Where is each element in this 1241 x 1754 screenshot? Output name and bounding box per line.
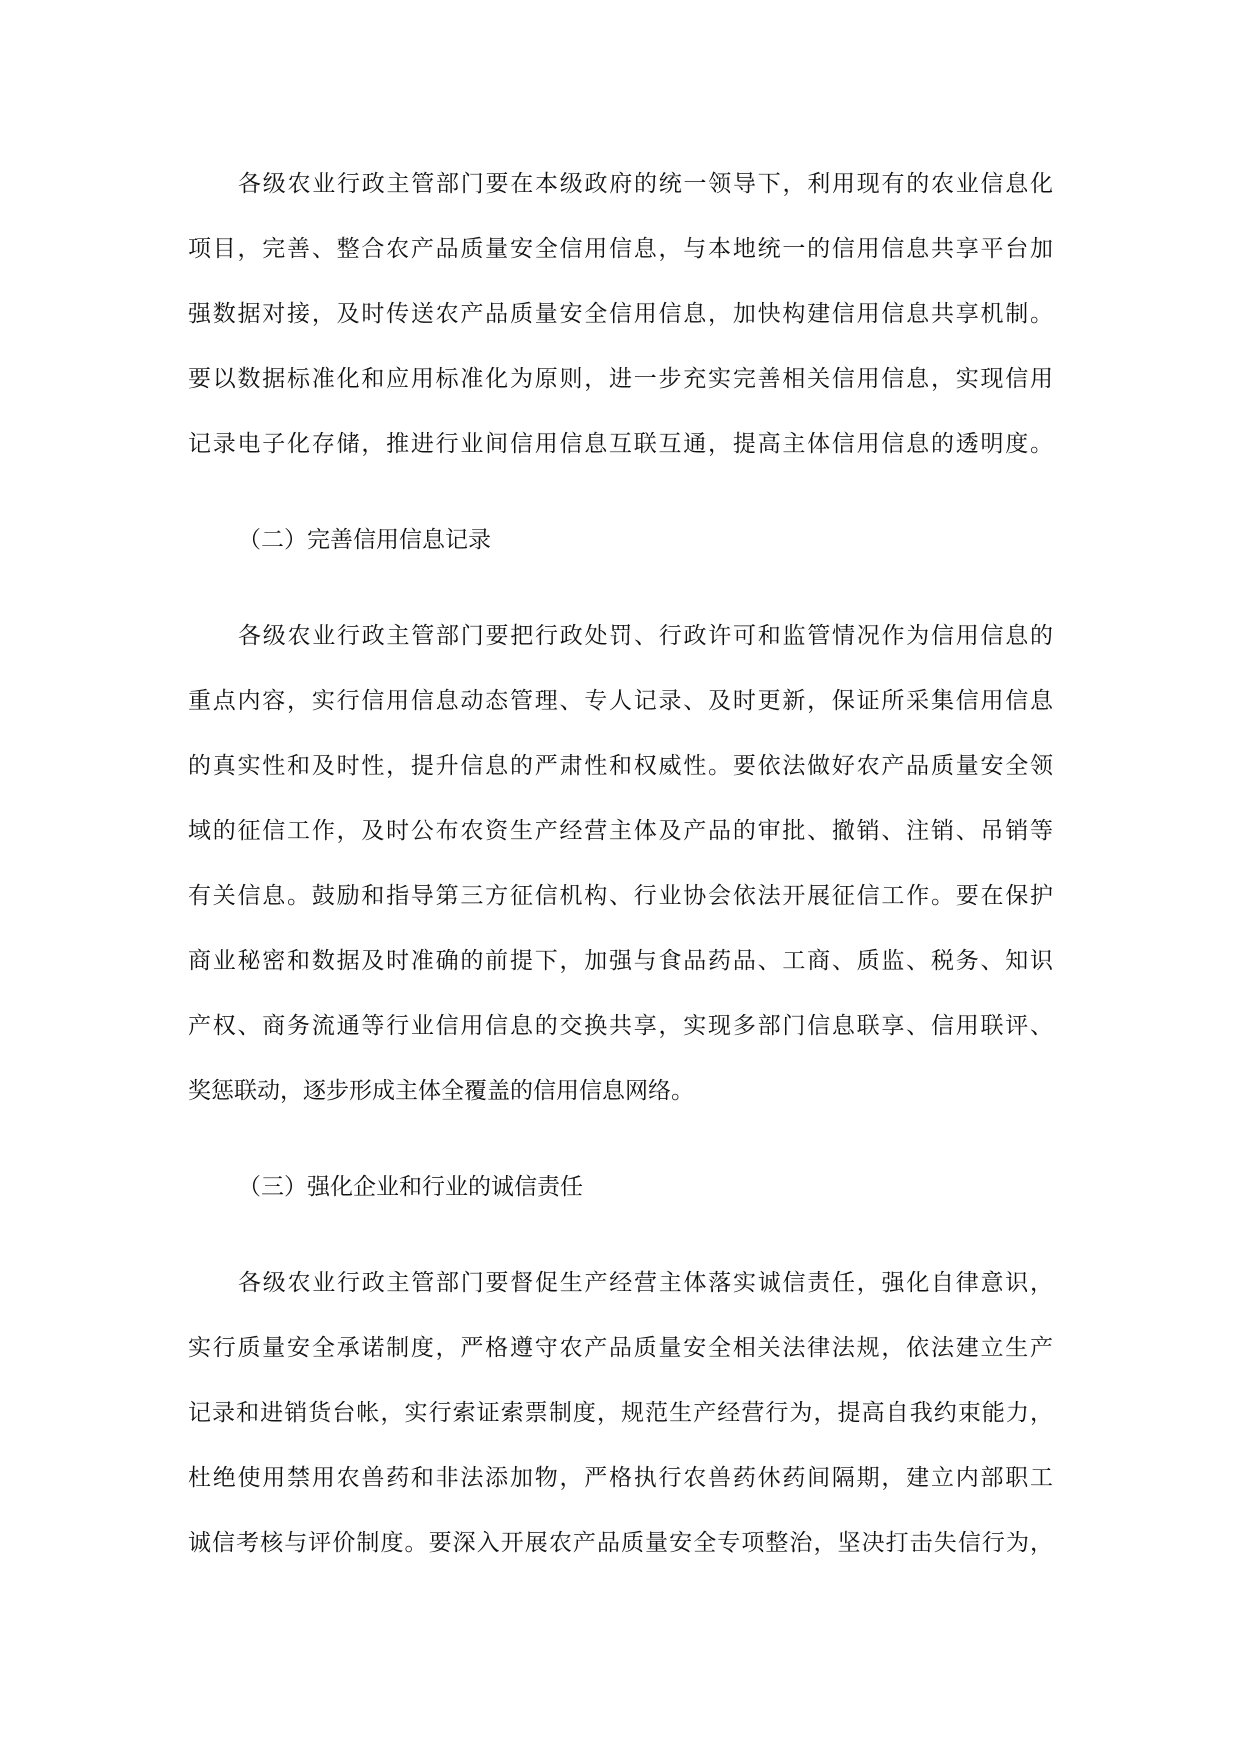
paragraph-line: 实行质量安全承诺制度，严格遵守农产品质量安全相关法律法规，依法建立生产 bbox=[188, 1316, 1053, 1381]
paragraph-line: 杜绝使用禁用农兽药和非法添加物，严格执行农兽药休药间隔期，建立内部职工 bbox=[188, 1446, 1053, 1511]
paragraph-line: 奖惩联动，逐步形成主体全覆盖的信用信息网络。 bbox=[188, 1059, 1053, 1124]
paragraph-line: 强数据对接，及时传送农产品质量安全信用信息，加快构建信用信息共享机制。 bbox=[188, 282, 1053, 347]
section-heading-3: （三）强化企业和行业的诚信责任 bbox=[188, 1155, 1053, 1220]
paragraph-line: 记录电子化存储，推进行业间信用信息互联互通，提高主体信用信息的透明度。 bbox=[188, 412, 1053, 477]
paragraph-line: 记录和进销货台帐，实行索证索票制度，规范生产经营行为，提高自我约束能力， bbox=[188, 1381, 1053, 1446]
paragraph-line: 项目，完善、整合农产品质量安全信用信息，与本地统一的信用信息共享平台加 bbox=[188, 217, 1053, 282]
paragraph-1: 各级农业行政主管部门要在本级政府的统一领导下，利用现有的农业信息化 项目，完善、… bbox=[188, 152, 1053, 477]
paragraph-line: 产权、商务流通等行业信用信息的交换共享，实现多部门信息联享、信用联评、 bbox=[188, 994, 1053, 1059]
paragraph-2: 各级农业行政主管部门要把行政处罚、行政许可和监管情况作为信用信息的 重点内容，实… bbox=[188, 604, 1053, 1124]
paragraph-line: 要以数据标准化和应用标准化为原则，进一步充实完善相关信用信息，实现信用 bbox=[188, 347, 1053, 412]
section-heading-2: （二）完善信用信息记录 bbox=[188, 508, 1053, 573]
paragraph-line: 商业秘密和数据及时准确的前提下，加强与食品药品、工商、质监、税务、知识 bbox=[188, 929, 1053, 994]
paragraph-line: 重点内容，实行信用信息动态管理、专人记录、及时更新，保证所采集信用信息 bbox=[188, 669, 1053, 734]
paragraph-line: 各级农业行政主管部门要督促生产经营主体落实诚信责任，强化自律意识， bbox=[188, 1251, 1053, 1316]
paragraph-line: 有关信息。鼓励和指导第三方征信机构、行业协会依法开展征信工作。要在保护 bbox=[188, 864, 1053, 929]
paragraph-line: 诚信考核与评价制度。要深入开展农产品质量安全专项整治，坚决打击失信行为， bbox=[188, 1511, 1053, 1576]
paragraph-line: 各级农业行政主管部门要把行政处罚、行政许可和监管情况作为信用信息的 bbox=[188, 604, 1053, 669]
document-page: 各级农业行政主管部门要在本级政府的统一领导下，利用现有的农业信息化 项目，完善、… bbox=[0, 0, 1241, 1754]
paragraph-line: 的真实性和及时性，提升信息的严肃性和权威性。要依法做好农产品质量安全领 bbox=[188, 734, 1053, 799]
paragraph-line: 域的征信工作，及时公布农资生产经营主体及产品的审批、撤销、注销、吊销等 bbox=[188, 799, 1053, 864]
paragraph-line: 各级农业行政主管部门要在本级政府的统一领导下，利用现有的农业信息化 bbox=[188, 152, 1053, 217]
paragraph-3: 各级农业行政主管部门要督促生产经营主体落实诚信责任，强化自律意识， 实行质量安全… bbox=[188, 1251, 1053, 1576]
